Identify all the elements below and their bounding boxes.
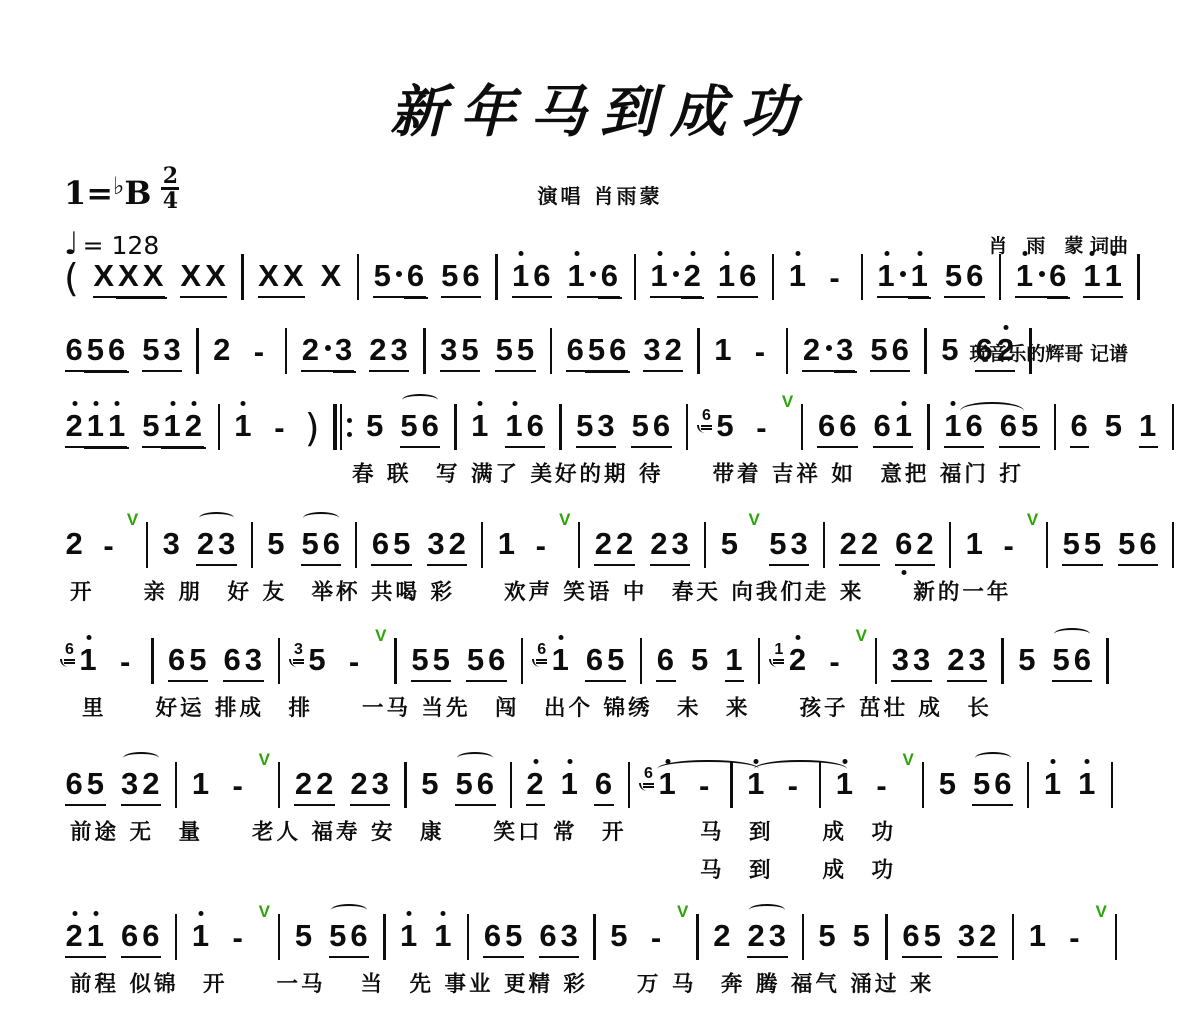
note-group: 56: [328, 918, 371, 964]
grace-note: 6: [643, 766, 654, 782]
note-group: 23: [801, 332, 856, 378]
note: 5: [1103, 410, 1124, 442]
note-group: 1: [190, 918, 211, 964]
note: 2: [838, 528, 859, 560]
note: 6: [461, 260, 482, 292]
note: 2: [195, 528, 216, 560]
note-group: 22: [293, 766, 336, 812]
note-group: 53: [768, 526, 811, 572]
note-group: 56: [300, 526, 343, 572]
note-group: 1: [787, 258, 808, 304]
duration-dash: -: [98, 530, 119, 572]
note-group: 35: [293, 642, 328, 688]
note: 2: [349, 768, 370, 800]
grace-note: 6: [536, 642, 547, 658]
note-group: 16: [1014, 258, 1069, 304]
note: 2: [946, 644, 967, 676]
note: 2: [663, 334, 684, 366]
breath-mark-icon: V: [1027, 510, 1038, 530]
note-group: XXX: [92, 258, 166, 304]
note-group: 61: [872, 408, 915, 454]
note: 6: [482, 920, 503, 952]
note-group: 55: [410, 642, 453, 688]
note-group: 65: [370, 526, 413, 572]
lyrics-line-5: 里 好运 排成 排 一马 当先 闯 出个 锦绣 未 来 孩子 茁壮 成 长: [64, 694, 1174, 724]
note-group: 35: [439, 332, 482, 378]
note: 5: [1019, 410, 1040, 442]
music-line-2: 656532-23233555656321-2356562: [64, 326, 1174, 378]
note: 6: [901, 920, 922, 952]
note-group: 16: [511, 258, 554, 304]
barline: [404, 762, 406, 808]
note: 2: [978, 920, 999, 952]
note-group: 656: [565, 332, 629, 378]
breath-mark-icon: V: [127, 510, 138, 530]
note-group: 1: [233, 408, 254, 454]
note: 3: [334, 334, 355, 366]
note-group: X: [319, 258, 344, 304]
note: 1: [964, 528, 985, 560]
note: 1: [550, 644, 571, 676]
duration-dash: -: [341, 646, 367, 688]
barline: [218, 404, 220, 450]
note: 6: [872, 410, 893, 442]
note: 1: [559, 768, 580, 800]
note-group: 5: [1017, 642, 1038, 688]
note: 2: [682, 260, 703, 292]
breath-mark-icon: V: [259, 750, 270, 770]
note: 5: [454, 768, 475, 800]
note: 6: [890, 334, 911, 366]
note-group: 12: [773, 642, 808, 688]
open-paren: (: [64, 258, 79, 304]
note-group: 23: [349, 766, 392, 812]
note-group: 66: [120, 918, 163, 964]
note: 2: [315, 768, 336, 800]
note: 5: [922, 920, 943, 952]
barline: [357, 254, 359, 300]
note: 6: [838, 410, 859, 442]
note-group: 56: [440, 258, 483, 304]
barline: [1012, 914, 1014, 960]
note: 1: [716, 260, 737, 292]
note: 3: [956, 920, 977, 952]
note: X: [117, 260, 142, 292]
note: 6: [816, 410, 837, 442]
note: 6: [993, 768, 1014, 800]
note: 2: [593, 528, 614, 560]
note: 6: [1069, 410, 1090, 442]
note: 3: [426, 528, 447, 560]
note: 6: [64, 768, 85, 800]
note: 5: [768, 528, 789, 560]
note: 2: [141, 768, 162, 800]
barline: [578, 522, 580, 568]
note-group: 32: [120, 766, 163, 812]
note: 1: [1014, 260, 1035, 292]
note: 2: [995, 334, 1016, 366]
note-group: 65: [167, 642, 210, 688]
note-group: 1: [1027, 918, 1048, 964]
duration-dash: -: [749, 412, 774, 454]
note: 1: [713, 334, 734, 366]
lyrics-line-6-verse2: 马 到 成 功: [64, 856, 1174, 886]
note: X: [319, 260, 344, 292]
note: 5: [431, 644, 452, 676]
duration-dash: -: [225, 770, 251, 812]
barline: [885, 914, 887, 960]
note-group: 23: [368, 332, 411, 378]
note: 5: [293, 920, 314, 952]
note-group: 5: [851, 918, 872, 964]
barline: [730, 762, 732, 808]
note: 5: [515, 334, 536, 366]
barline: [510, 762, 512, 808]
note-group: 65: [701, 408, 736, 454]
note: 3: [389, 334, 410, 366]
note: 5: [141, 410, 162, 442]
note-group: 33: [890, 642, 933, 688]
note: 1: [787, 260, 808, 292]
lyrics-line-6: 前途 无 量 老人 福寿 安 康 笑口 常 开 马 到 成 功: [64, 818, 1174, 848]
note: 5: [1082, 528, 1103, 560]
note-group: 32: [642, 332, 685, 378]
barline: [924, 328, 926, 374]
note: 6: [370, 528, 391, 560]
barline: [175, 914, 177, 960]
note-group: 6: [593, 766, 614, 812]
note: 5: [328, 920, 349, 952]
note: 5: [971, 768, 992, 800]
barline: [819, 762, 821, 808]
note-group: 1: [1042, 766, 1063, 812]
note: 6: [964, 410, 985, 442]
note: 1: [876, 260, 897, 292]
note: 5: [1117, 528, 1138, 560]
note: 2: [712, 920, 733, 952]
barline: [175, 762, 177, 808]
note: 6: [565, 334, 586, 366]
note-group: 61: [64, 642, 99, 688]
note: 3: [596, 410, 617, 442]
music-line-3: 2115121-)556116535665-V66611665651: [64, 402, 1174, 454]
duration-dash: -: [780, 770, 806, 812]
note: 2: [801, 334, 822, 366]
note: 1: [85, 410, 106, 442]
duration-dash: -: [267, 412, 292, 454]
note: 1: [1077, 768, 1098, 800]
note: 2: [64, 528, 85, 560]
note: 3: [912, 644, 933, 676]
note-group: 5: [293, 918, 314, 964]
barline: [278, 638, 280, 684]
note: 1: [399, 920, 420, 952]
barline: [278, 914, 280, 960]
note: 2: [64, 410, 85, 442]
note: X: [281, 260, 306, 292]
breath-mark-icon: V: [1095, 902, 1106, 922]
note-group: 16: [716, 258, 759, 304]
note: 5: [410, 644, 431, 676]
note-group: 1: [746, 766, 767, 812]
song-title: 新年马到成功: [0, 68, 1200, 148]
note-group: 23: [300, 332, 355, 378]
note: 2: [649, 528, 670, 560]
note: 5: [440, 260, 461, 292]
note-group: 53: [575, 408, 618, 454]
barline: [861, 254, 863, 300]
barline: [786, 328, 788, 374]
note-group: 23: [649, 526, 692, 572]
note: 6: [222, 644, 243, 676]
note-group: 2: [525, 766, 546, 812]
note-group: 16: [943, 408, 986, 454]
note: 6: [655, 644, 676, 676]
duration-dash: -: [643, 922, 669, 964]
note: 6: [64, 334, 85, 366]
repeat-begin-sign: [333, 404, 352, 450]
augmentation-dot-icon: [396, 271, 402, 277]
barline: [802, 914, 804, 960]
note-group: 65: [901, 918, 944, 964]
barline: [251, 522, 253, 568]
note: 5: [504, 920, 525, 952]
note: 6: [349, 920, 370, 952]
note: 6: [420, 410, 441, 442]
note-group: 6: [655, 642, 676, 688]
duration-dash: -: [112, 646, 138, 688]
note: 5: [609, 920, 630, 952]
note-group: 5: [365, 408, 386, 454]
note: 5: [869, 334, 890, 366]
note: 6: [525, 410, 546, 442]
breath-mark-icon: V: [748, 510, 759, 530]
barline: [1172, 404, 1174, 450]
note: 1: [834, 768, 855, 800]
note: 1: [190, 768, 211, 800]
note: X: [141, 260, 166, 292]
note: 1: [107, 410, 128, 442]
note: 2: [859, 528, 880, 560]
note: 5: [372, 260, 393, 292]
note: 6: [1138, 528, 1159, 560]
note: 1: [470, 410, 491, 442]
note: 3: [162, 334, 183, 366]
barline: [467, 914, 469, 960]
note-group: 65: [584, 642, 627, 688]
note-group: 62: [974, 332, 1017, 378]
lyrics-line-3: 春 联 写 满了 美好的期 待 带着 吉祥 如 意把 福门 打: [64, 460, 1174, 490]
note-group: 1: [964, 526, 985, 572]
grace-note-digit: 3: [293, 641, 304, 664]
note-group: 66: [816, 408, 859, 454]
barline: [151, 638, 153, 684]
augmentation-dot-icon: [590, 271, 596, 277]
note-group: 5: [937, 766, 958, 812]
note: 1: [943, 410, 964, 442]
grace-note: 1: [773, 642, 784, 658]
note: 6: [965, 260, 986, 292]
note-group: 56: [869, 332, 912, 378]
note: 1: [496, 528, 517, 560]
note: 1: [1082, 260, 1103, 292]
note: X: [179, 260, 204, 292]
duration-dash: -: [246, 336, 272, 378]
music-line-7: 21661-V5561165635-V2235565321-V: [64, 912, 1174, 964]
note-group: 55: [1061, 526, 1104, 572]
note: 5: [943, 260, 964, 292]
note-group: 65: [64, 766, 107, 812]
note-group: 3: [161, 526, 182, 572]
note: 6: [487, 644, 508, 676]
breath-mark-icon: V: [259, 902, 270, 922]
note-group: 16: [504, 408, 547, 454]
barline: [1054, 404, 1056, 450]
note-group: 1: [1077, 766, 1098, 812]
note-group: 1: [399, 918, 420, 964]
note-group: 11: [1082, 258, 1125, 304]
note-group: 5: [266, 526, 287, 572]
note: 2: [525, 768, 546, 800]
note-group: 1: [724, 642, 745, 688]
music-line-1: (XXXXXXXX5656161612161-11561611: [64, 252, 1174, 304]
note: 3: [439, 334, 460, 366]
barline: [278, 762, 280, 808]
note-group: 211: [64, 408, 128, 454]
note: 1: [78, 644, 99, 676]
note: 1: [190, 920, 211, 952]
note-group: XX: [257, 258, 306, 304]
barline: [999, 254, 1001, 300]
barline: [927, 404, 929, 450]
note-group: 5: [940, 332, 961, 378]
note-group: 62: [894, 526, 937, 572]
note: 5: [420, 768, 441, 800]
barline: [1137, 254, 1139, 300]
note: 3: [670, 528, 691, 560]
note: 3: [835, 334, 856, 366]
note: 6: [894, 528, 915, 560]
note: 5: [940, 334, 961, 366]
note: 5: [586, 334, 607, 366]
note-group: 6: [1069, 408, 1090, 454]
note: 3: [120, 768, 141, 800]
note: 6: [538, 920, 559, 952]
barline: [801, 404, 803, 450]
duration-dash: -: [747, 336, 773, 378]
barline: [285, 328, 287, 374]
duration-dash: -: [998, 530, 1019, 572]
note: 1: [566, 260, 587, 292]
note: 3: [767, 920, 788, 952]
barline: [1111, 762, 1113, 808]
note-group: 56: [454, 766, 497, 812]
note-group: 32: [956, 918, 999, 964]
note: 2: [746, 920, 767, 952]
grace-note: 6: [701, 408, 712, 424]
note-group: 5: [420, 766, 441, 812]
note: X: [204, 260, 229, 292]
note: 5: [606, 644, 627, 676]
note-group: 2: [212, 332, 233, 378]
note: 6: [167, 644, 188, 676]
barline: [686, 404, 688, 450]
note-group: 1: [190, 766, 211, 812]
note: 5: [575, 410, 596, 442]
note-group: 65: [482, 918, 525, 964]
note: 2: [447, 528, 468, 560]
breath-mark-icon: V: [782, 392, 793, 412]
note: 5: [1017, 644, 1038, 676]
note: 5: [494, 334, 515, 366]
note-group: 22: [593, 526, 636, 572]
note: 6: [608, 334, 629, 366]
note-group: 1: [834, 766, 855, 812]
duration-dash: -: [691, 770, 717, 812]
note: 5: [399, 410, 420, 442]
augmentation-dot-icon: [900, 271, 906, 277]
duration-dash: -: [822, 262, 848, 304]
note: 6: [593, 768, 614, 800]
note-group: 2: [64, 526, 85, 572]
music-line-6: 65321-V222355621661-1-1-V55611: [64, 760, 1174, 812]
note-group: 1: [470, 408, 491, 454]
barline: [628, 762, 630, 808]
note: 1: [504, 410, 525, 442]
barline: [1106, 638, 1108, 684]
note: 5: [937, 768, 958, 800]
note: 6: [998, 410, 1019, 442]
note: 6: [532, 260, 553, 292]
barline: [1029, 328, 1031, 374]
note: 1: [649, 260, 670, 292]
note-group: 16: [566, 258, 621, 304]
lyrics-line-7: 前程 似锦 开 一马 当 先 事业 更精 彩 万 马 奔 腾 福气 涌过 来: [64, 970, 1174, 1000]
note: 5: [266, 528, 287, 560]
note: 6: [475, 768, 496, 800]
note: 6: [651, 410, 672, 442]
note-group: 5: [1103, 408, 1124, 454]
barline: [550, 328, 552, 374]
note-group: 23: [195, 526, 238, 572]
note-group: 55: [494, 332, 537, 378]
augmentation-dot-icon: [826, 345, 832, 351]
note-group: 23: [746, 918, 789, 964]
note: 5: [460, 334, 481, 366]
lyrics-line-4: 开 亲 朋 好 友 举杯 共喝 彩 欢声 笑语 中 春天 向我们走 来 新的一年: [64, 578, 1174, 608]
note: 5: [1051, 644, 1072, 676]
barline: [1115, 914, 1117, 960]
note-group: 56: [943, 258, 986, 304]
note: 5: [465, 644, 486, 676]
note: 1: [511, 260, 532, 292]
note-group: 56: [1117, 526, 1160, 572]
note-group: 512: [141, 408, 205, 454]
barline: [1046, 522, 1048, 568]
barline: [423, 328, 425, 374]
note: 2: [300, 334, 321, 366]
note: 1: [233, 410, 254, 442]
barline: [634, 254, 636, 300]
note-group: 5: [690, 642, 711, 688]
note-group: 12: [649, 258, 704, 304]
augmentation-dot-icon: [325, 345, 331, 351]
sheet-music-page: 新年马到成功 1=♭B24 ♩= 128 演唱 肖雨蒙 肖 雨 蒙 词曲 玩音乐…: [0, 0, 1200, 1019]
note: 2: [787, 644, 808, 676]
note: 1: [746, 768, 767, 800]
barline: [704, 522, 706, 568]
note-group: 1: [1138, 408, 1159, 454]
